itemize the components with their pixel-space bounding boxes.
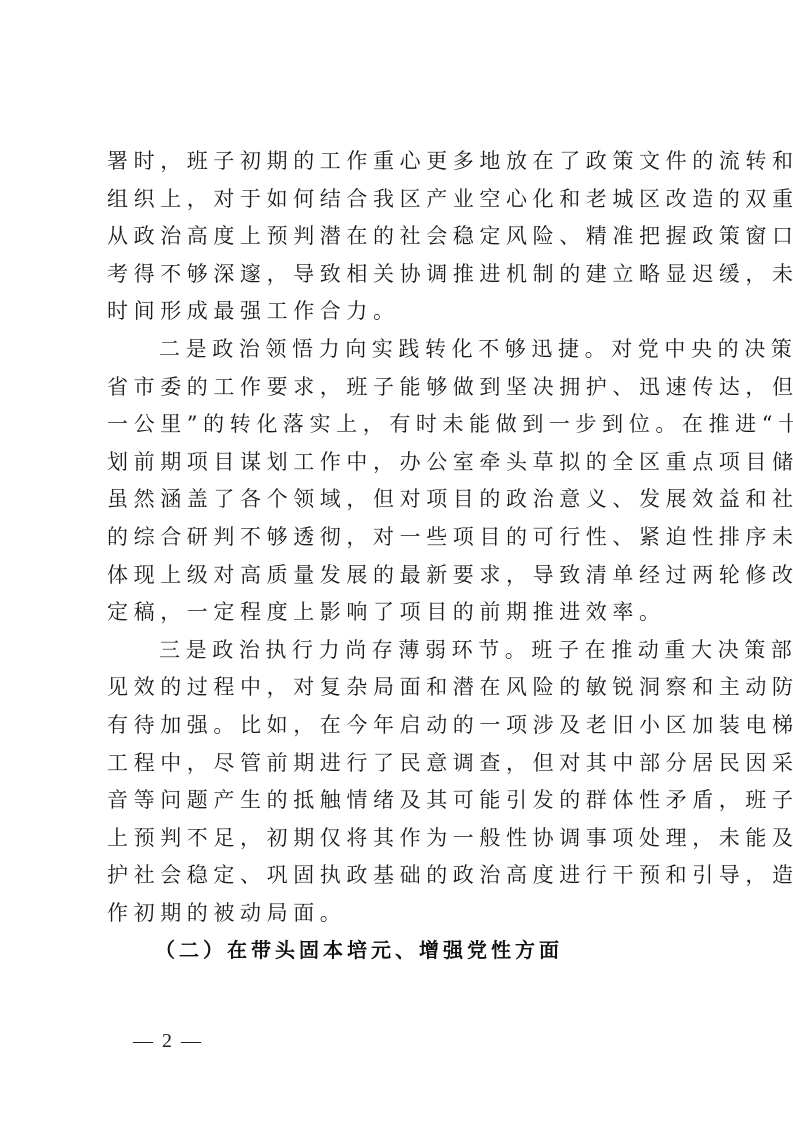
document-body: 署时，班子初期的工作重心更多地放在了政策文件的流转和会议的 组织上，对于如何结合… — [107, 143, 697, 970]
text-line: 体现上级对高质量发展的最新要求，导致清单经过两轮修改才最终 — [107, 557, 697, 595]
text-line: 有待加强。比如，在今年启动的一项涉及老旧小区加装电梯的民生 — [107, 707, 697, 745]
text-line: 考得不够深邃，导致相关协调推进机制的建立略显迟缓，未能第一 — [107, 256, 697, 294]
text-line: 的综合研判不够透彻，对一些项目的可行性、紧迫性排序未能完全 — [107, 519, 697, 557]
text-line: 护社会稳定、巩固执政基础的政治高度进行干预和引导，造成了工 — [107, 857, 697, 895]
text-line: 见效的过程中，对复杂局面和潜在风险的敏锐洞察和主动防范能力 — [107, 669, 697, 707]
section-heading: （二）在带头固本培元、增强党性方面 — [107, 932, 697, 970]
text-line: 划前期项目谋划工作中，办公室牵头草拟的全区重点项目储备清单， — [107, 444, 697, 482]
document-page: 署时，班子初期的工作重心更多地放在了政策文件的流转和会议的 组织上，对于如何结合… — [0, 0, 793, 1122]
text-line: 时间形成最强工作合力。 — [107, 293, 697, 331]
text-line: 工程中，尽管前期进行了民意调查，但对其中部分居民因采光、噪 — [107, 745, 697, 783]
text-line: 省市委的工作要求，班子能够做到坚决拥护、迅速传达，但在“最后 — [107, 369, 697, 407]
text-line: 作初期的被动局面。 — [107, 895, 697, 933]
text-line: 从政治高度上预判潜在的社会稳定风险、精准把握政策窗口期，思 — [107, 218, 697, 256]
paragraph-first-line: 二是政治领悟力向实践转化不够迅捷。对党中央的决策部署和 — [107, 331, 697, 369]
paragraph-first-line: 三是政治执行力尚存薄弱环节。班子在推动重大决策部署落地 — [107, 632, 697, 670]
text-line: 音等问题产生的抵触情绪及其可能引发的群体性矛盾，班子在政治 — [107, 782, 697, 820]
text-line: 上预判不足，初期仅将其作为一般性协调事项处理，未能及时从维 — [107, 820, 697, 858]
text-line: 虽然涵盖了各个领域，但对项目的政治意义、发展效益和社会影响 — [107, 481, 697, 519]
text-line: 一公里”的转化落实上，有时未能做到一步到位。在推进“十五五”规 — [107, 406, 697, 444]
text-line: 署时，班子初期的工作重心更多地放在了政策文件的流转和会议的 — [107, 143, 697, 181]
page-number: — 2 — — [133, 1030, 203, 1053]
text-line: 组织上，对于如何结合我区产业空心化和老城区改造的双重挑战， — [107, 181, 697, 219]
text-line: 定稿，一定程度上影响了项目的前期推进效率。 — [107, 594, 697, 632]
